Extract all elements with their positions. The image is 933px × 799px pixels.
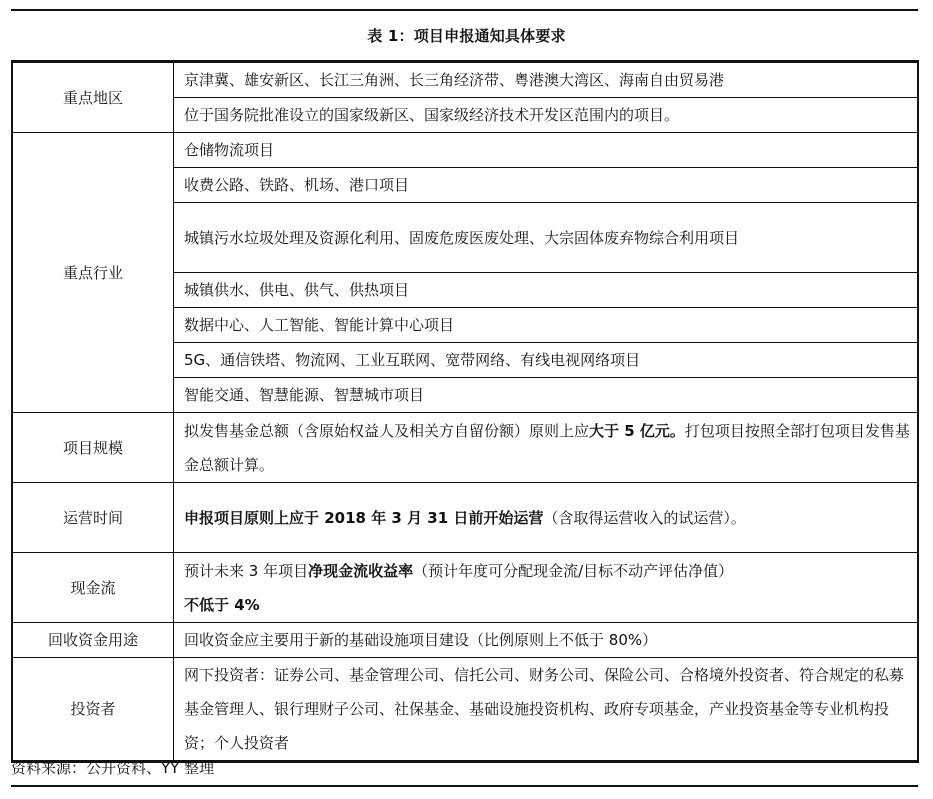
category-cell: 重点行业 — [12, 133, 174, 413]
value-cell: 收费公路、铁路、机场、港口项目 — [174, 168, 919, 203]
category-cell: 项目规模 — [12, 413, 174, 483]
top-rule — [11, 9, 918, 11]
value-text: 拟发售基金总额（含原始权益人及相关方自留份额）原则上应 — [184, 422, 589, 440]
value-cell: 智能交通、智慧能源、智慧城市项目 — [174, 378, 919, 413]
table-row: 重点行业 仓储物流项目 — [12, 133, 918, 168]
value-text: 预计未来 3 年项目 — [184, 562, 308, 580]
value-cell: 数据中心、人工智能、智能计算中心项目 — [174, 308, 919, 343]
value-cell: 仓储物流项目 — [174, 133, 919, 168]
value-cell: 回收资金应主要用于新的基础设施项目建设（比例原则上不低于 80%） — [174, 623, 919, 658]
table-row: 投资者 网下投资者：证券公司、基金管理公司、信托公司、财务公司、保险公司、合格境… — [12, 658, 918, 762]
requirements-table: 重点地区 京津冀、雄安新区、长江三角洲、长三角经济带、粤港澳大湾区、海南自由贸易… — [11, 60, 919, 763]
value-text: （预计年度可分配现金流/目标不动产评估净值） — [413, 562, 733, 580]
table-row: 运营时间 申报项目原则上应于 2018 年 3 月 31 日前开始运营（含取得运… — [12, 483, 918, 553]
table-row: 现金流 预计未来 3 年项目净现金流收益率（预计年度可分配现金流/目标不动产评估… — [12, 553, 918, 623]
category-cell: 重点地区 — [12, 62, 174, 133]
value-text-bold: 净现金流收益率 — [308, 562, 413, 580]
bottom-rule — [11, 785, 918, 787]
category-cell: 运营时间 — [12, 483, 174, 553]
category-cell: 回收资金用途 — [12, 623, 174, 658]
value-text-bold: 大于 5 亿元。 — [589, 422, 685, 440]
value-cell: 京津冀、雄安新区、长江三角洲、长三角经济带、粤港澳大湾区、海南自由贸易港 — [174, 62, 919, 98]
source-note: 资料来源：公开资料、YY 整理 — [11, 757, 214, 779]
category-cell: 投资者 — [12, 658, 174, 762]
value-cell: 预计未来 3 年项目净现金流收益率（预计年度可分配现金流/目标不动产评估净值）不… — [174, 553, 919, 623]
value-cell: 5G、通信铁塔、物流网、工业互联网、宽带网络、有线电视网络项目 — [174, 343, 919, 378]
table-title: 表 1：项目申报通知具体要求 — [0, 26, 933, 46]
value-text-bold: 不低于 4% — [184, 596, 260, 614]
table-row: 重点地区 京津冀、雄安新区、长江三角洲、长三角经济带、粤港澳大湾区、海南自由贸易… — [12, 62, 918, 98]
value-cell: 申报项目原则上应于 2018 年 3 月 31 日前开始运营（含取得运营收入的试… — [174, 483, 919, 553]
category-cell: 现金流 — [12, 553, 174, 623]
value-cell: 位于国务院批准设立的国家级新区、国家级经济技术开发区范围内的项目。 — [174, 98, 919, 133]
table-row: 项目规模 拟发售基金总额（含原始权益人及相关方自留份额）原则上应大于 5 亿元。… — [12, 413, 918, 483]
table-row: 回收资金用途 回收资金应主要用于新的基础设施项目建设（比例原则上不低于 80%） — [12, 623, 918, 658]
value-cell: 网下投资者：证券公司、基金管理公司、信托公司、财务公司、保险公司、合格境外投资者… — [174, 658, 919, 762]
value-cell: 城镇污水垃圾处理及资源化利用、固废危废医废处理、大宗固体废弃物综合利用项目 — [174, 203, 919, 273]
value-text-bold: 申报项目原则上应于 2018 年 3 月 31 日前开始运营 — [184, 509, 543, 527]
value-cell: 拟发售基金总额（含原始权益人及相关方自留份额）原则上应大于 5 亿元。打包项目按… — [174, 413, 919, 483]
value-text: （含取得运营收入的试运营）。 — [543, 509, 746, 527]
value-cell: 城镇供水、供电、供气、供热项目 — [174, 273, 919, 308]
